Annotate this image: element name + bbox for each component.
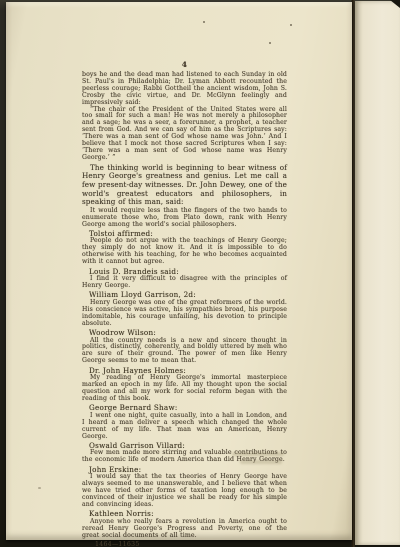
witness-section-garrison: William Lloyd Garrison, 2d: Henry George…: [82, 291, 287, 327]
mcglynn-quote: “The chair of the President of the Unite…: [82, 107, 287, 162]
scan-speck: [269, 42, 271, 44]
witness-quote: Anyone who really fears a revolution in …: [82, 519, 287, 540]
witness-quote: I find it very difficult to disagree wit…: [82, 276, 287, 290]
witness-section-wilson: Woodrow Wilson: All the country needs is…: [82, 329, 287, 365]
document-page: 4 boys he and the dead man had listened …: [6, 2, 352, 540]
dewey-quote: It would require less than the fingers o…: [82, 208, 287, 229]
witness-quote: I would say that the tax theories of Hen…: [82, 474, 287, 509]
witness-section-brandeis: Louis D. Brandeis said: I find it very d…: [82, 268, 287, 290]
witness-quote: All the country needs is a new and since…: [82, 338, 287, 366]
witness-quote: People do not argue with the teachings o…: [82, 238, 287, 266]
witness-section-tolstoi: Tolstoi affirmed: People do not argue wi…: [82, 230, 287, 266]
thinking-paragraph: The thinking world is beginning to bear …: [82, 164, 287, 207]
witness-name: Woodrow Wilson:: [89, 329, 287, 337]
witness-section-norris: Kathleen Norris: Anyone who really fears…: [82, 510, 287, 539]
scanned-book-photo: 4 boys he and the dead man had listened …: [0, 0, 400, 547]
facing-page-edge: [355, 1, 400, 545]
witness-quote: Henry George was one of the great reform…: [82, 300, 287, 328]
scan-speck: [38, 487, 41, 489]
page-number: 4: [82, 60, 287, 69]
witness-quote: My reading of Henry George's immortal ma…: [82, 375, 287, 403]
page-text-column: 4 boys he and the dead man had listened …: [82, 60, 287, 547]
scan-speck: [290, 24, 292, 26]
witness-section-shaw: George Bernard Shaw: I went one night, q…: [82, 404, 287, 440]
scan-speck: [203, 21, 205, 23]
ink-bleed-smudge: [240, 460, 282, 464]
witness-section-holmes: Dr. John Haynes Holmes: My reading of He…: [82, 367, 287, 403]
witness-section-erskine: John Erskine: I would say that the tax t…: [82, 466, 287, 509]
witness-quote: I went one night, quite casually, into a…: [82, 413, 287, 441]
print-order-code: 1464—11635: [95, 541, 287, 547]
intro-paragraph: boys he and the dead man had listened to…: [82, 72, 287, 107]
ink-bleed-smudge: [232, 452, 284, 456]
